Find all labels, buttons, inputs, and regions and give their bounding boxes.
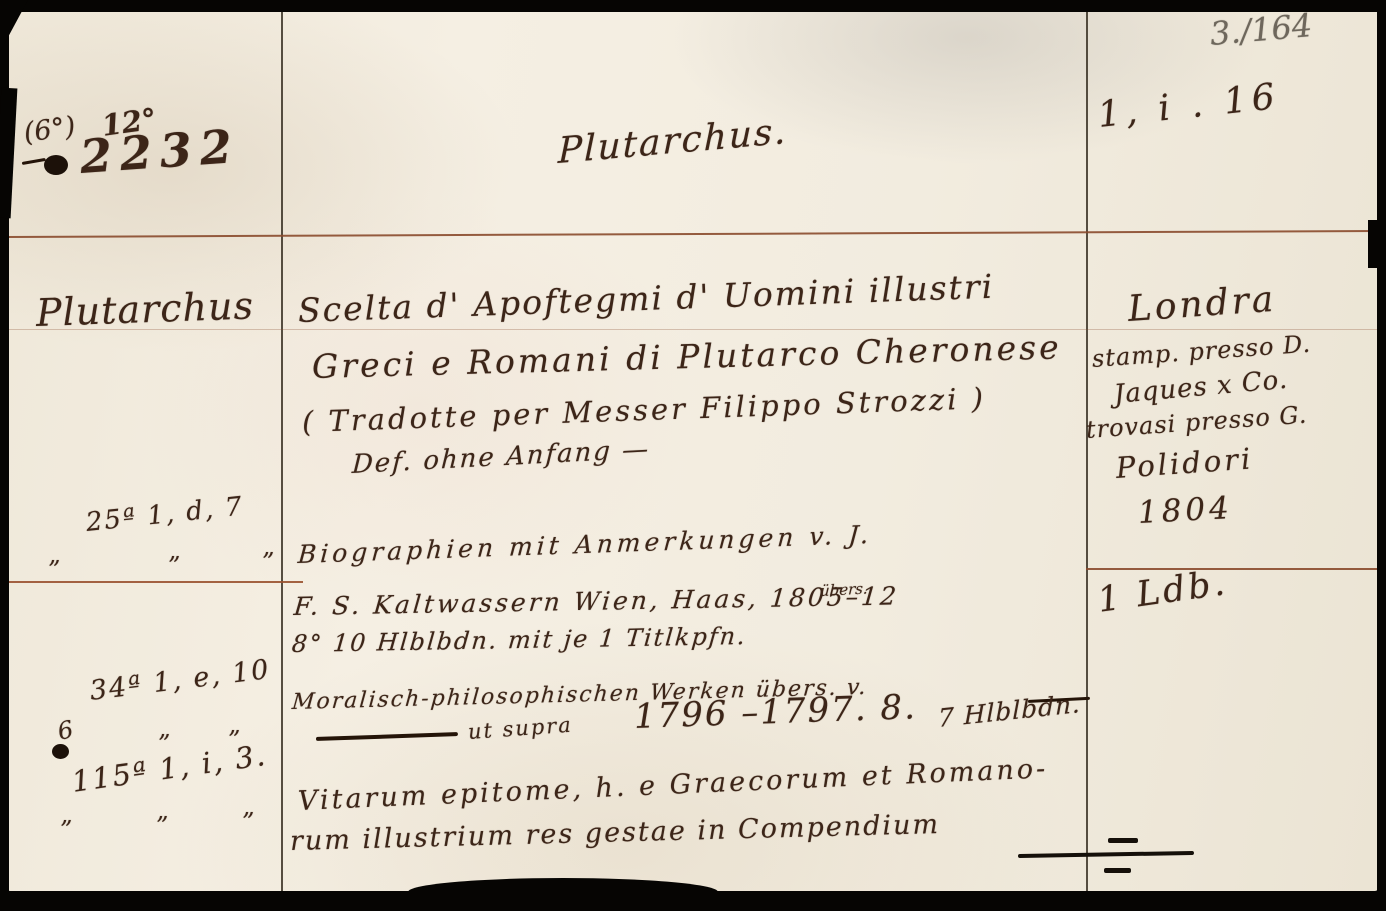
scan-edge-top [0,0,1386,12]
ditto-mark: ” [242,810,254,834]
ditto-mark: ” [48,558,60,582]
decoration-short-dash-top [1108,838,1138,843]
ditto-mark: ” [60,818,72,842]
ink-blot-small [52,744,69,759]
decoration-short-dash-bottom [1104,868,1131,873]
scan-edge-right [1377,0,1386,911]
horizontal-rule-faint [7,329,1378,330]
vertical-rule-right-column [1086,11,1088,891]
vertical-rule-left-column [281,11,283,891]
ditto-mark: ” [168,554,180,578]
horizontal-rule-right-cell [1086,568,1379,570]
pencil-folio-number: 3./164 [1209,9,1314,50]
author-name: Plutarchus [35,286,254,332]
entry3-dates: 1796 –1797. 8. [633,690,917,734]
ditto-mark: ” [156,814,168,838]
format-note: (6°) [22,113,77,147]
scan-edge-right-notch [1368,220,1386,268]
imprint-year: 1804 [1137,493,1233,529]
entry2-line-3: 8° 10 Hlblbdn. mit je 1 Titlkpfn. [291,624,748,656]
ditto-mark: ” [262,550,274,574]
imprint-place: Londra [1127,282,1278,328]
catalog-card-scan: (6°) 12° 2232 Plutarchus. 3./164 1, i . … [0,0,1386,911]
ink-blot [44,155,68,175]
entry-number: 2232 [78,123,241,180]
scan-edge-bottom-bump [408,878,718,906]
